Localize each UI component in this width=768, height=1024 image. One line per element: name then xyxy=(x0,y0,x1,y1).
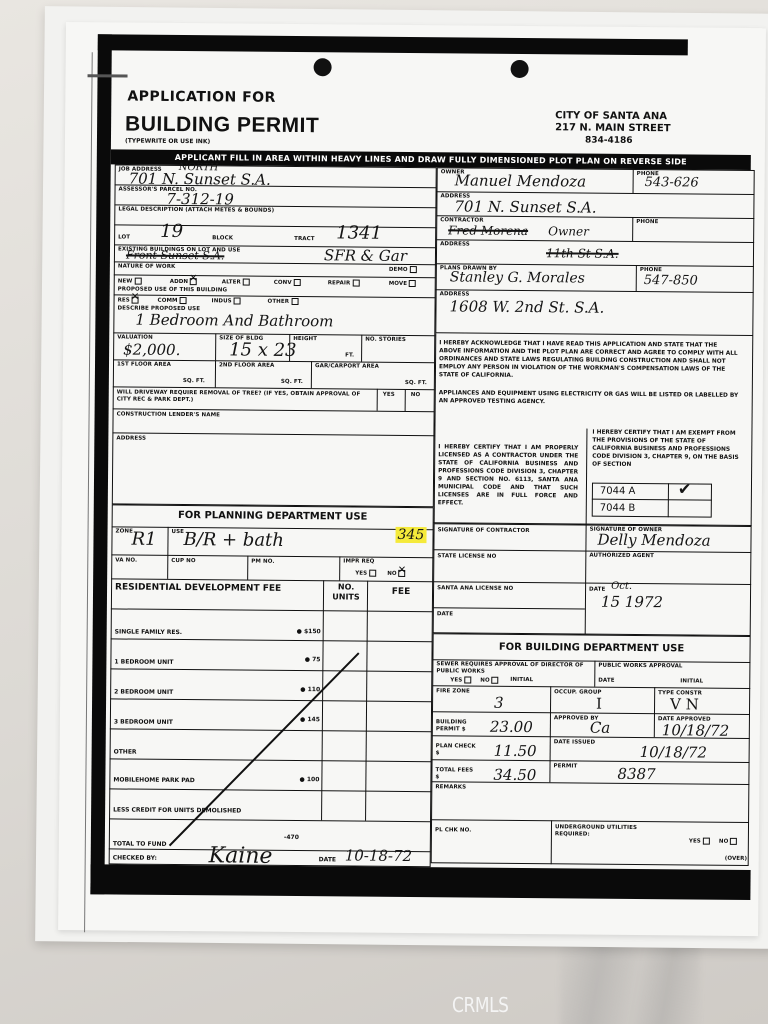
sig-contractor-label: SIGNATURE OF CONTRACTOR xyxy=(438,527,530,534)
section-7044b: 7044 B xyxy=(600,503,636,514)
date-issued-value: 10/18/72 xyxy=(640,743,708,762)
floor1-unit: SQ. FT. xyxy=(183,378,205,384)
use-res[interactable]: RES xyxy=(118,296,139,303)
contractor-address-struck: 11th St S.A. xyxy=(546,246,619,261)
plan-check-value: 11.50 xyxy=(494,742,537,760)
occup-group-value: I xyxy=(596,695,602,713)
plans-by-value: Stanley G. Morales xyxy=(450,269,585,286)
tract-value: 1341 xyxy=(336,222,382,243)
va-no-label: VA NO. xyxy=(115,557,137,563)
nature-addn[interactable]: ADDN xyxy=(170,278,197,285)
use-label: USE xyxy=(172,529,185,535)
contractor-address-label: ADDRESS xyxy=(440,241,470,247)
pm-no-label: PM NO. xyxy=(251,559,274,565)
contractor-date-label: DATE xyxy=(437,611,453,617)
checked-by-signature: Kaine xyxy=(209,843,273,869)
public-works-label: PUBLIC WORKS APPROVAL xyxy=(598,663,682,670)
permit-no-value: 8387 xyxy=(617,765,655,783)
checked-date-value: 10-18-72 xyxy=(345,846,413,865)
date-issued-label: DATE ISSUED xyxy=(554,739,595,745)
lot-value: 19 xyxy=(160,221,183,242)
title-application-for: APPLICATION FOR xyxy=(127,89,276,106)
ug-yes[interactable]: YES xyxy=(689,837,710,844)
stories-label: NO. STORIES xyxy=(365,337,406,343)
ug-no[interactable]: NO xyxy=(719,838,738,845)
impr-yes[interactable]: YES xyxy=(355,570,376,577)
impr-req-label: IMPR REQ xyxy=(343,558,374,564)
units-header: NO. UNITS xyxy=(327,582,365,602)
height-unit: FT. xyxy=(345,352,354,358)
city-address: 217 N. MAIN STREET xyxy=(555,122,671,135)
permit-fee-value: 23.00 xyxy=(490,718,533,736)
contractor-struck: Fred Morena xyxy=(448,223,528,238)
city-name: CITY OF SANTA ANA xyxy=(555,110,671,123)
use-indus[interactable]: INDUS xyxy=(212,297,241,304)
staple-icon xyxy=(88,74,128,77)
plans-address: 1608 W. 2nd St. S.A. xyxy=(449,297,604,316)
section-7044a: 7044 A xyxy=(600,486,636,497)
occup-group-label: OCCUP. GROUP xyxy=(554,689,601,695)
floor2-unit: SQ. FT. xyxy=(281,379,303,385)
driveway-yes[interactable]: YES xyxy=(383,392,395,398)
contractor-value: Owner xyxy=(548,224,589,238)
garage-label: GAR/CARPORT AREA xyxy=(315,363,379,370)
block-label: BLOCK xyxy=(212,235,233,241)
permit-no-label: PERMIT xyxy=(553,763,577,769)
nature-conv[interactable]: CONV xyxy=(274,279,301,286)
copy-border-top xyxy=(98,34,688,55)
sewer-no[interactable]: NO xyxy=(480,677,499,684)
remarks-label: REMARKS xyxy=(435,784,466,790)
fire-zone-label: FIRE ZONE xyxy=(436,688,470,694)
owner-date-value: 15 1972 xyxy=(601,593,663,612)
sewer-yes[interactable]: YES xyxy=(450,676,471,683)
use-other[interactable]: OTHER xyxy=(268,298,299,305)
describe-use-value: 1 Bedroom And Bathroom xyxy=(135,311,333,331)
owner-address: 701 N. Sunset S.A. xyxy=(454,197,596,216)
nature-alter[interactable]: ALTER xyxy=(222,278,250,285)
parcel-value: 7-312-19 xyxy=(166,190,234,209)
valuation-value: $2,000. xyxy=(123,341,180,359)
impr-no[interactable]: NO xyxy=(387,570,406,577)
size-value: 15 x 23 xyxy=(229,339,297,361)
sewer-initial: INITIAL xyxy=(510,677,533,683)
use-comm[interactable]: COMM xyxy=(158,297,187,304)
nature-new[interactable]: NEW xyxy=(118,277,142,284)
height-label: HEIGHT xyxy=(293,336,317,342)
pw-initial-label: INITIAL xyxy=(680,678,703,684)
cup-no-label: CUP NO xyxy=(171,558,195,564)
total-fees-label: TOTAL FEES $ xyxy=(435,767,475,781)
title-note: (TYPEWRITE OR USE INK) xyxy=(125,138,210,146)
city-phone: 834-4186 xyxy=(555,134,671,147)
nature-repair[interactable]: REPAIR xyxy=(328,279,360,286)
section-7044a-check-icon[interactable]: ✔ xyxy=(678,479,692,498)
copy-border-bottom xyxy=(90,864,750,900)
nature-move[interactable]: MOVE xyxy=(389,280,416,287)
acknowledge-text: I HEREBY ACKNOWLEDGE THAT I HAVE READ TH… xyxy=(439,339,739,382)
state-license-label: STATE LICENSE NO xyxy=(437,553,496,560)
plan-check-label: PLAN CHECK $ xyxy=(436,743,476,757)
owner-name: Manuel Mendoza xyxy=(455,171,587,190)
exempt-certification-text: I HEREBY CERTIFY THAT I AM EXEMPT FROM T… xyxy=(592,429,742,470)
sewer-label: SEWER REQUIRES APPROVAL OF DIRECTOR OF P… xyxy=(436,661,592,676)
existing-buildings-value: SFR & Gar xyxy=(324,246,407,265)
sa-license-label: SANTA ANA LICENSE NO xyxy=(437,585,513,592)
driveway-no[interactable]: NO xyxy=(411,392,421,398)
over-note: (OVER) xyxy=(725,856,747,862)
plans-phone: 547-850 xyxy=(644,273,698,288)
pl-chk-label: PL CHK NO. xyxy=(435,827,472,833)
fee-header: RESIDENTIAL DEVELOPMENT FEE xyxy=(115,582,315,595)
lot-label: LOT xyxy=(118,234,130,240)
lender-label: CONSTRUCTION LENDER'S NAME xyxy=(117,411,220,418)
checked-by-label: CHECKED BY: xyxy=(113,854,157,861)
owner-date-note: Oct. xyxy=(611,581,632,592)
contractor-phone-label: PHONE xyxy=(636,219,658,225)
fire-zone-value: 3 xyxy=(494,694,504,712)
use-highlight: 345 xyxy=(395,527,426,543)
permit-form: JOB ADDRESS NORTH 701 N. Sunset S.A. ASS… xyxy=(109,164,755,870)
type-constr-value: V N xyxy=(670,695,699,713)
lender-address-label: ADDRESS xyxy=(116,435,146,441)
floor2-label: 2ND FLOOR AREA xyxy=(219,362,274,368)
use-value: B/R + bath xyxy=(183,529,284,551)
driveway-label: WILL DRIVEWAY REQUIRE REMOVAL OF TREE? (… xyxy=(117,389,373,405)
existing-buildings-struck: Front Sunset S.A. xyxy=(126,249,224,263)
zone-label: ZONE xyxy=(116,528,133,534)
sig-owner-value: Delly Mendoza xyxy=(597,531,710,550)
garage-unit: SQ. FT. xyxy=(405,380,427,386)
owner-phone: 543-626 xyxy=(645,175,699,190)
floor1-label: 1ST FLOOR AREA xyxy=(117,361,171,367)
authorized-agent-label: AUTHORIZED AGENT xyxy=(589,553,654,560)
city-block: CITY OF SANTA ANA 217 N. MAIN STREET 834… xyxy=(555,110,671,147)
nature-of-work-label: NATURE OF WORK xyxy=(118,263,176,270)
punch-hole-icon xyxy=(314,58,332,76)
title-building-permit: BUILDING PERMIT xyxy=(125,113,319,139)
contractor-certification-text: I HEREBY CERTIFY THAT I AM PROPERLY LICE… xyxy=(438,443,579,508)
appliances-text: APPLIANCES AND EQUIPMENT USING ELECTRICI… xyxy=(439,389,739,408)
nature-demo[interactable]: DEMO xyxy=(389,266,417,273)
crmls-watermark: CRMLS xyxy=(452,993,508,1017)
punch-hole-icon xyxy=(511,60,529,78)
fee-col-header: FEE xyxy=(371,587,431,598)
approved-by-value: Ca xyxy=(590,719,611,737)
tract-label: TRACT xyxy=(294,236,315,242)
checked-date-label: DATE xyxy=(319,856,336,863)
permit-document: APPLICATION FOR BUILDING PERMIT (TYPEWRI… xyxy=(58,22,766,936)
underground-label: UNDERGROUND UTILITIES REQUIRED: xyxy=(555,824,665,839)
zone-value: R1 xyxy=(131,529,156,550)
permit-fee-label: BUILDING PERMIT $ xyxy=(436,719,476,733)
pw-date-label: DATE xyxy=(598,678,614,684)
